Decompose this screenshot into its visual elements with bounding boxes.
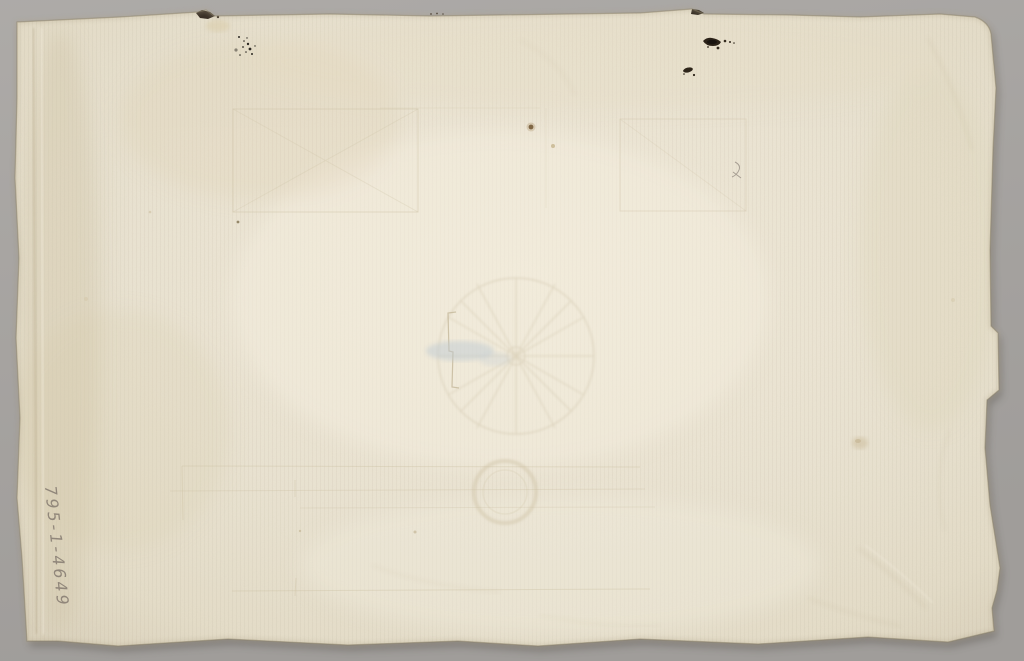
foxing-dot [414,531,417,534]
ink-speck [707,46,709,48]
ink-speck [733,42,735,44]
foxing-blotch [852,437,868,449]
ink-speck [242,46,244,48]
foxing-halo [527,123,536,132]
ink-speck [254,45,255,46]
ink-speck [245,51,247,53]
foxing-dot [237,221,240,224]
foxing-dot [149,211,152,214]
foxing-blotch [855,439,861,443]
foxing-dot [299,530,301,532]
edge-speck [436,13,438,15]
ink-speck [247,43,249,45]
ink-blot-core [707,40,717,44]
photo-canvas [0,0,1024,661]
ink-speck [683,73,685,75]
foxing-dot [951,298,955,302]
ink-speck [246,37,247,38]
foxing-dot [551,144,555,148]
ink-speck [717,47,720,50]
photograph: 795-1-4649 [0,0,1024,661]
ink-speck [238,36,240,38]
ink-speck [243,40,245,42]
ink-speck [249,48,252,51]
ink-speck [724,40,727,43]
foxing-dot [84,297,88,301]
ink-speck [251,53,253,55]
ink-speck [693,74,695,76]
tan-halo [206,20,230,32]
ink-speck [234,48,237,51]
ink-speck [729,41,731,43]
ink-speck [239,54,241,56]
